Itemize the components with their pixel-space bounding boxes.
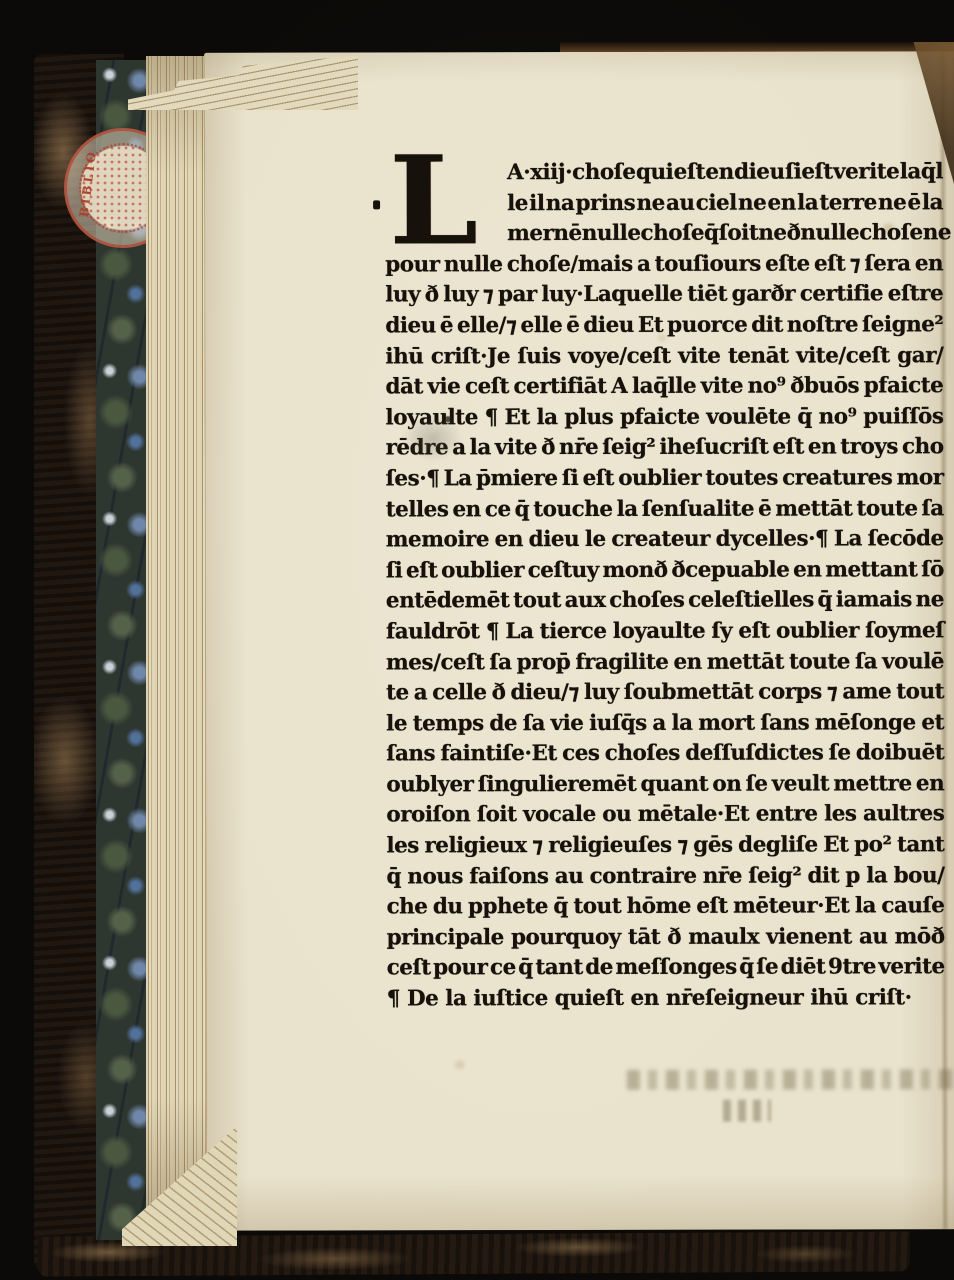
verso-show-through-signature	[723, 1100, 771, 1122]
text-line: rēdrealaviteðnr̄eſeig²iheſucriſteſtentro…	[386, 433, 944, 465]
ink-fleck	[446, 416, 451, 422]
chapter-heading-line: ¶Delaiuſticequieſtennr̄eſeigneurihūcriſt…	[387, 983, 945, 1015]
text-line: mes/ceſtſaprop̄fragiliteenmettāttouteſav…	[386, 647, 944, 679]
text-line: ihūcriſt·Jeſuisvoye/ceſtvitetenātvite/ce…	[385, 341, 943, 373]
photo-backdrop: BIBLIO L A·xiij·choſequieſtendieuſieſtve…	[0, 0, 954, 1280]
text-line: ceſtpourceq̄tantdemeſſongesq̄ſediēt9trev…	[387, 953, 945, 985]
text-line: entēdemēttoutauxchoſesceleſtiellesq̄iama…	[386, 586, 944, 618]
page: L A·xiij·choſequieſtendieuſieſtveritelaq…	[204, 51, 954, 1231]
text-line: memoireendieulecreateurdycelles·¶Laſecōd…	[386, 524, 944, 556]
initial-letter: L	[389, 148, 478, 252]
text-line: cheduppheteq̄touthōmeeſtmēteur·Etlacauſe	[387, 891, 945, 923]
text-block-fore-edge	[146, 56, 208, 1238]
text-line: fauldrōt¶Latierceloyaulteſyeſtoublierſoy…	[386, 616, 944, 648]
text-line: luyðluy⁊parluy·Laquelletiētgarðrcertifie…	[385, 280, 943, 312]
text-line: lesreligieux⁊religieuſes⁊gēsdegliſeEtpo²…	[386, 830, 944, 862]
text-line: oroiſonſoitvocaleoumētale·Etentrelesault…	[386, 800, 944, 832]
text-line: mernēnullechoſeq̄ſoitneðnullechoſene	[507, 218, 943, 250]
printed-text-block: L A·xiij·choſequieſtendieuſieſtveritelaq…	[385, 157, 945, 1015]
text-line: tellesenceq̄touchelaſenſualiteēmettāttou…	[386, 494, 944, 526]
text-line: ſieſtoublierceſtuymonððcepuableenmettant…	[386, 555, 944, 587]
text-line: ſansfaintiſe·Etceschoſesdeſſuſdictesſedo…	[386, 739, 944, 771]
initial-ornament-dot	[373, 200, 380, 209]
text-line: q̄nousfaiſonsaucontrairenr̄eſeig²ditplab…	[386, 861, 944, 893]
text-line: teacelleðdieu/⁊luyſoubmettātcorps⁊ametou…	[386, 677, 944, 709]
text-line: ſes·¶Lap̄miereſieſtoubliertoutescreature…	[386, 463, 944, 495]
text-line: loyaulte¶Etlapluspfaictevoulēteq̄no⁹puiſ…	[386, 402, 944, 434]
text-line: A·xiij·choſequieſtendieuſieſtveritelaq̄l	[507, 157, 943, 189]
foxing-spot	[455, 1060, 465, 1069]
text-line: leilnaprinsneaucielneenlaterreneēla	[507, 188, 943, 220]
text-line: dātvieceſtcertifiātAlaq̄lleviteno⁹ðbuōsp…	[385, 371, 943, 403]
decorated-initial: L	[385, 158, 501, 249]
ink-smudge	[402, 414, 464, 462]
verso-show-through	[627, 1069, 954, 1090]
text-line: dieuēelle/⁊elleēdieuEtpuorceditnoſtreſei…	[385, 310, 943, 342]
text-line: principalepourquoytātðmaulxvienentaumōð	[387, 922, 945, 954]
text-line: oublyerſingulieremētquantonſeveultmettre…	[386, 769, 944, 801]
text-line: letempsdeſavieiuſq̄salamortſansmēſongeet	[386, 708, 944, 740]
